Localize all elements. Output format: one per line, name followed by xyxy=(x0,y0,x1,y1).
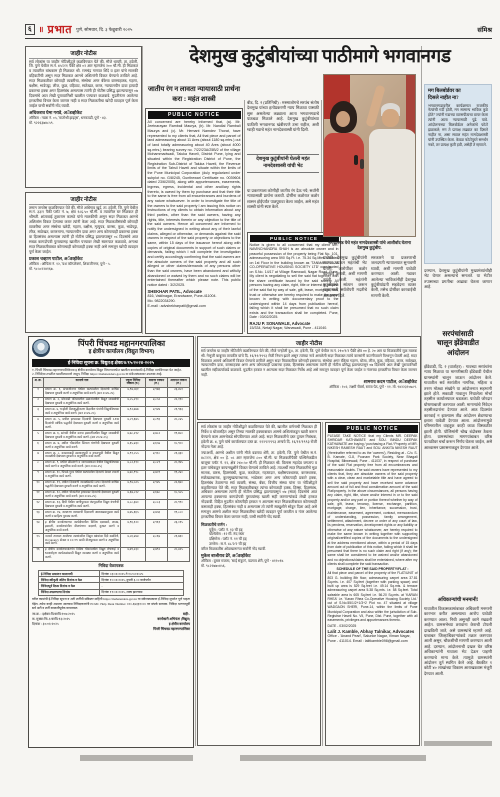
divider-bar xyxy=(240,755,426,761)
work-name-cell: प्रभाग क्र. ७, मधील चौकांतील सिग्नल यंत्… xyxy=(44,441,121,451)
table-row: ५प्रभाग क्र. ६, सांगवी येथील मनपा इमारती… xyxy=(33,431,190,441)
article-paragraph: सरकारने या प्रकरणाची जलदगती न्यायालयात स… xyxy=(371,255,416,335)
table-cell: २३,०१५ xyxy=(168,520,190,534)
table-cell: ४,६७,८१२ xyxy=(121,490,146,500)
schedule-label-cell: निविदा उघडण्याचा दिनांक xyxy=(39,589,100,595)
table-row: २प्रभाग क्र. २, मोरवाडी परिसरातील उद्यान… xyxy=(33,397,190,407)
notice-body: All concerned are hereby informed that, … xyxy=(148,120,241,288)
photo-caption: भगवानगड येथे महंत नामदेवशास्त्री यांचे आ… xyxy=(323,240,416,251)
notice-body: All that piece and parcel of the propert… xyxy=(328,571,418,622)
column-rule xyxy=(244,100,245,332)
table-cell: ४,९६१ xyxy=(146,520,168,534)
opinion-title-line2: दिसले नाहीत ना? xyxy=(428,96,459,101)
public-notice-header: PUBLIC NOTICE xyxy=(148,111,241,119)
table-cell: २२,६७० xyxy=(168,480,190,490)
masthead-logo: प्रभात xyxy=(47,22,72,37)
pcmc-office: इ क्षेत्रीय कार्यालय (विद्युत विभाग) xyxy=(53,349,190,356)
table-column-header: अनामत रक्कम (रु.) xyxy=(168,378,190,388)
table-cell: ४,८२,११० xyxy=(121,460,146,470)
signatory-line: पिंपरी चिंचवड महानगरपालिका xyxy=(153,627,190,632)
work-name-cell: प्रभाग क्र. ६, सांगवी येथील मनपा इमारतीं… xyxy=(44,431,121,441)
table-cell: ४,७०९ xyxy=(146,470,168,480)
column-rule xyxy=(421,46,422,746)
table-cell: ४,७८,२१२ xyxy=(121,431,146,441)
table-cell: १९,२४० xyxy=(168,470,190,480)
table-cell: १२ xyxy=(33,500,44,510)
photo-woman-body xyxy=(324,133,364,237)
work-name-cell: प्रभाग क्र. १०, पिंपळे गुरव येथील रस्त्य… xyxy=(44,470,121,480)
notice-closing: वरील मिळकतीस ओळखणाऱ्या सर्वांनी नोंद घ्य… xyxy=(201,547,317,552)
table-cell: ४,९२७ xyxy=(146,407,168,417)
schedule-table: ई-निविदा प्रकाशन कालावधीदिनांक ०३/०२/२०२… xyxy=(38,570,183,596)
table-cell: ४,८९,६७५ xyxy=(121,417,146,431)
table-column-header: एकूण निविदा रक्कम (रु.) xyxy=(121,378,146,388)
table-column-header: कामाचे नाव xyxy=(44,378,121,388)
table-cell: २०,८४५ xyxy=(168,417,190,431)
table-row: ७प्रभाग क्र. ८, कासारवाडी स्मशानभूमी व द… xyxy=(33,450,190,460)
table-cell: ४,८६४ xyxy=(146,534,168,548)
notice-email: E-mail : advshekharpatil@gmail.com xyxy=(148,304,241,309)
public-notice-3: PUBLIC NOTICE PLEASE TAKE NOTICE that my… xyxy=(325,422,420,746)
tender-footer: वरील कामांची ई-निविदा सूचना व अटी शर्तीं… xyxy=(32,597,190,610)
table-cell: ४,९६,१२० xyxy=(121,520,146,534)
work-name-cell: प्रभाग क्र. २, मोरवाडी परिसरातील उद्याना… xyxy=(44,397,121,407)
table-cell: १५ xyxy=(33,534,44,548)
table-cell: १४ xyxy=(33,520,44,534)
article-paragraph: गावातील विकासकामांबाबत अधिकारी मनमानी का… xyxy=(424,606,492,738)
newspaper-page: ६ ॥ प्रभात पुणे, सोमवार, दि. ३ फेब्रुवार… xyxy=(0,0,500,797)
table-row: ३प्रभाग क्र. ४, चऱ्होली मैलाशुद्धीकरण के… xyxy=(33,407,190,417)
secondary-headline-line3: आंदोलन xyxy=(447,349,469,357)
notice-body: सर्व लोकांस या जाहीर नोटिशीद्वारे कळविण्… xyxy=(29,60,138,109)
table-cell: ४,८८३ xyxy=(146,500,168,510)
table-cell: ६ xyxy=(33,441,44,451)
schedule-title: निविदा वेळापत्रक xyxy=(32,563,190,569)
work-name-cell: प्रभाग क्र. १, संभाजीनगर येथील रस्त्यांव… xyxy=(44,387,121,397)
table-row: ९प्रभाग क्र. १०, पिंपळे गुरव येथील रस्त्… xyxy=(33,470,190,480)
page-number: ६ xyxy=(25,24,35,35)
tender-ref-block: जा.क्र. : इक्षेका/वि/कावि/१०७/२०२५ क. मु… xyxy=(32,612,75,632)
article-paragraph: दरम्यान, देशमुख कुटुंबीयांनी मुख्यमंत्र्… xyxy=(424,268,492,326)
opinion-box-body: भगवानगडावरील कार्यक्रमात राजकीय नेत्यांच… xyxy=(428,104,488,148)
municipal-emblem-icon xyxy=(32,339,50,357)
divider-bar xyxy=(424,741,492,746)
work-name-cell: प्रभाग क्र. १३, दिघी येथील पाणीपुरवठा पं… xyxy=(44,500,121,510)
opinion-box: मग बिलबोर्डवर का दिसले नाहीत ना? भगवानगड… xyxy=(424,84,492,264)
table-row: १६इ क्षेत्रीय कार्यालयाअंतर्गत विविध चौक… xyxy=(33,547,190,561)
tender-signatory-block: सही/- कार्यकारी अभियंता (विद्युत) इ क्षे… xyxy=(153,612,190,632)
table-cell: ४,८२१ xyxy=(146,460,168,470)
table-cell: ३ xyxy=(33,407,44,417)
table-cell: ५ xyxy=(33,431,44,441)
tender-table: अ. क्र.कामाचे नावएकूण निविदा रक्कम (रु.)… xyxy=(32,377,190,562)
column-rule xyxy=(322,422,323,746)
public-notice-header: PUBLIC NOTICE xyxy=(328,425,418,433)
table-cell: १ xyxy=(33,387,44,397)
article-paragraph: झेंडेवाडी, दि. २ (वार्ताहर) : गावच्या सर… xyxy=(424,364,492,594)
table-cell: ४,८५,२१० xyxy=(121,397,146,407)
table-row: १प्रभाग क्र. १, संभाजीनगर येथील रस्त्यां… xyxy=(33,387,190,397)
table-row: ८प्रभाग क्र. ९, मधील क्रीडांगणे व व्याया… xyxy=(33,460,190,470)
work-name-cell: प्रभाग क्र. ४, चऱ्होली मैलाशुद्धीकरण कें… xyxy=(44,407,121,417)
table-cell: २२,११० xyxy=(168,397,190,407)
work-name-cell: इ क्षेत्रीय कार्यालयाअंतर्गत विविध चौकां… xyxy=(44,547,121,561)
table-cell: ४,९७६ xyxy=(146,387,168,397)
table-cell: २०,९९० xyxy=(168,500,190,510)
work-name-cell: प्रभाग क्र. ८, कासारवाडी स्मशानभूमी व दफ… xyxy=(44,450,121,460)
work-name-cell: प्रभाग क्र. ११, मधील दिवाबत्ती व्यवस्थेस… xyxy=(44,480,121,490)
table-row: ६प्रभाग क्र. ७, मधील चौकांतील सिग्नल यंत… xyxy=(33,441,190,451)
table-cell: ४,७५६ xyxy=(146,510,168,520)
article-subhead-inline: अधिकाऱ्यांची मनमानी! xyxy=(424,597,492,603)
table-cell: ४,९१,८५५ xyxy=(121,450,146,460)
table-cell: ७ xyxy=(33,450,44,460)
masthead-separator: ॥ xyxy=(39,24,44,35)
work-name-cell: प्रभाग क्र. १२, मधील चौकांतील हायमास्ट द… xyxy=(44,490,121,500)
masthead-dateline: पुणे, सोमवार, दि. ३ फेब्रुवारी २०२५ xyxy=(76,27,132,33)
table-cell: ४,९४५ xyxy=(146,480,168,490)
table-cell: १६ xyxy=(33,547,44,561)
table-cell: ११ xyxy=(33,490,44,500)
table-cell: २३,४५१ xyxy=(168,387,190,397)
table-cell: ४,९७,५६१ xyxy=(121,387,146,397)
center-notice-tall: सर्व लोकांस या जाहीर नोटिशीद्वारे कळविण्… xyxy=(197,422,321,746)
table-cell: ४,६७८ xyxy=(146,490,168,500)
table-row: १०प्रभाग क्र. ११, मधील दिवाबत्ती व्यवस्थ… xyxy=(33,480,190,490)
table-column-header: अ. क्र. xyxy=(33,378,44,388)
table-row: ११प्रभाग क्र. १२, मधील चौकांतील हायमास्ट… xyxy=(33,490,190,500)
article-subhead: जातीय रंग न लावता न्यायासाठी प्रार्थना क… xyxy=(145,85,243,105)
table-cell: ४,७५,६६५ xyxy=(121,510,146,520)
table-header-row: अ. क्र.कामाचे नावएकूण निविदा रक्कम (रु.)… xyxy=(33,378,190,388)
photo-microphone xyxy=(354,155,358,165)
pcmc-schedule-body: ई-निविदा प्रकाशन कालावधीदिनांक ०३/०२/२०२… xyxy=(39,571,183,596)
table-cell: १९,८८० xyxy=(168,510,190,520)
schedule-row: निविदा उघडण्याचा दिनांकदिनांक ११/०२/२०२५… xyxy=(39,589,183,595)
table-row: १३प्रभाग क्र. १४, जलतरण तलावाची दिवाबत्त… xyxy=(33,510,190,520)
secondary-headline-line1: सरपंचांसाठी xyxy=(442,330,473,338)
table-column-header: बयाणा रक्कम (रु.) xyxy=(146,378,168,388)
public-notice-1: PUBLIC NOTICE All concerned are hereby i… xyxy=(145,108,243,334)
table-cell: २१,९६३ xyxy=(168,407,190,417)
photo-man-face xyxy=(382,109,399,127)
notice-date: DATE - 03/02/2025 xyxy=(328,624,418,628)
work-name-cell: नव्याने ताब्यात आलेल्या रस्त्यांवरील विद… xyxy=(44,534,121,548)
notice-title: जाहीर नोटीस xyxy=(29,49,138,59)
main-headline: देशमुख कुटुंबीयांच्या पाठीमागे भगवानगड xyxy=(145,48,495,67)
table-cell: १९,७५० xyxy=(168,431,190,441)
table-row: १४इ क्षेत्रीय कार्यालयाच्या कार्यक्षेत्र… xyxy=(33,520,190,534)
table-cell: ४,९२,७४७ xyxy=(121,407,146,417)
work-name-cell: इ क्षेत्रीय कार्यालयाच्या कार्यक्षेत्रात… xyxy=(44,520,121,534)
tender-intro-line: २. निविदेचा तपशील खालीलप्रमाणे असून, निव… xyxy=(32,372,190,376)
notice-phone: मो. ९८२२७७०४५६. xyxy=(201,564,317,569)
column-rule xyxy=(142,46,143,334)
ref-line: दिनांक : ३०/०१/२०२५ xyxy=(32,622,75,627)
notice-phone: मो. ९८५०२२४१६७. xyxy=(29,267,138,272)
photo-woman-face xyxy=(336,111,350,127)
table-cell: ४,८५२ xyxy=(146,397,168,407)
pcmc-tender-notice: पिंपरी चिंचवड महानगरपालिका इ क्षेत्रीय क… xyxy=(28,336,194,748)
pcmc-header: पिंपरी चिंचवड महानगरपालिका इ क्षेत्रीय क… xyxy=(32,339,190,357)
table-cell: ४,७९,२३० xyxy=(121,547,146,561)
work-name-cell: प्रभाग क्र. १४, जलतरण तलावाची दिवाबत्ती … xyxy=(44,510,121,520)
table-cell: ४,९१८ xyxy=(146,450,168,460)
tender-table-header: अ. क्र.कामाचे नावएकूण निविदा रक्कम (रु.)… xyxy=(33,378,190,388)
pcmc-name: पिंपरी चिंचवड महानगरपालिका xyxy=(53,340,190,349)
table-cell: १८,९०० xyxy=(168,441,190,451)
table-cell: २०,४२५ xyxy=(168,547,190,561)
notice-body: सर्व जनतेस या जाहीर नोटिशीने कळविण्यात य… xyxy=(201,349,417,378)
table-cell: ४,८६,४४४ xyxy=(121,534,146,548)
divider-bar xyxy=(80,755,193,761)
secondary-headline-line2: चालून झेंडेवाडीत xyxy=(437,339,479,347)
photo-man-body xyxy=(369,129,416,237)
table-cell: ४ xyxy=(33,417,44,431)
table-cell: ९ xyxy=(33,470,44,480)
secondary-headline: सरपंचांसाठी चालून झेंडेवाडीत आंदोलन xyxy=(424,330,492,358)
table-cell: ४,८९६ xyxy=(146,417,168,431)
table-row: १५नव्याने ताब्यात आलेल्या रस्त्यांवरील व… xyxy=(33,534,190,548)
table-cell: ४,७०,९९८ xyxy=(121,470,146,480)
notice-address: Office - 'Anand Pearl', Salunke Nagar, V… xyxy=(328,634,418,643)
work-name-cell: प्रभाग क्र. ९, मधील क्रीडांगणे व व्यायाम… xyxy=(44,460,121,470)
column-rule xyxy=(195,336,196,746)
table-cell: ४,७९२ xyxy=(146,547,168,561)
article-highlight: देशमुख कुटुंबीयांनी घेतली महंत नामदेवशास… xyxy=(247,154,319,173)
notice-body: सर्व लोकांस या जाहीर नोटिशीद्वारे कळविण्… xyxy=(201,425,317,450)
table-cell: ४,९४,५२५ xyxy=(121,480,146,490)
notice-title: जाहीर नोटीस xyxy=(201,339,417,349)
opinion-title-line1: मग बिलबोर्डवर का xyxy=(428,89,461,94)
table-cell: ४,७८२ xyxy=(146,431,168,441)
schedule-value-cell: दिनांक ११/०२/२०२५, शक्य झाल्यास xyxy=(99,589,183,595)
center-notice-wide: जाहीर नोटीस सर्व जनतेस या जाहीर नोटिशीने… xyxy=(197,336,421,420)
table-cell: ४,८८,३४० xyxy=(121,500,146,510)
notice-body: PLEASE TAKE NOTICE that my Clients MR. D… xyxy=(328,434,418,567)
table-cell: ८ xyxy=(33,460,44,470)
table-cell: २०,१७५ xyxy=(168,460,190,470)
news-photo xyxy=(323,74,416,237)
table-cell: २१,७६० xyxy=(168,534,190,548)
table-cell: १३ xyxy=(33,510,44,520)
table-cell: १० xyxy=(33,480,44,490)
article-paragraph: यावेळी देशमुख कुटुंबीयांनी गडावर जाऊन मह… xyxy=(323,255,367,335)
notice-title: जाहीर नोटीस xyxy=(29,195,138,205)
table-cell: २१,३३० xyxy=(168,450,190,460)
notice-phone: मो. ९२२६३७४८५९. xyxy=(29,121,138,126)
masthead: ६ ॥ प्रभात पुणे, सोमवार, दि. ३ फेब्रुवार… xyxy=(25,23,492,39)
table-row: १२प्रभाग क्र. १३, दिघी येथील पाणीपुरवठा … xyxy=(33,500,190,510)
notice-address: ऑफिस : १०२, लक्ष्मी चेंबर्स, रास्ता पेठ,… xyxy=(201,385,417,390)
opinion-box-title: मग बिलबोर्डवर का दिसले नाहीत ना? xyxy=(428,88,488,102)
left-notice-box-1: जाहीर नोटीस सर्व लोकांस या जाहीर नोटिशीद… xyxy=(25,46,142,188)
photo-microphone xyxy=(360,159,364,169)
table-cell: ४,६५४ xyxy=(146,441,168,451)
notice-body: ज्याअर्थी, आमचे अशील यांनी मौजे वडगाव शे… xyxy=(201,451,317,520)
article-paragraph: बीड, दि. २ (प्रतिनिधी) : मस्साजोगचे सरपं… xyxy=(247,100,319,152)
tender-signature-row: जा.क्र. : इक्षेका/वि/कावि/१०७/२०२५ क. मु… xyxy=(32,612,190,632)
notice-body: तमाम जनतेस कळविण्यात येते की, मौजे आंबेग… xyxy=(29,206,138,255)
work-name-cell: प्रभाग क्र. ५, मधील हायमास्ट दिव्यांची द… xyxy=(44,417,121,431)
tender-number-bar: ई-निविदा सूचना क्र. विद्युत/इ क्षेका/४/१… xyxy=(32,359,190,367)
table-row: ४प्रभाग क्र. ५, मधील हायमास्ट दिव्यांची … xyxy=(33,417,190,431)
table-cell: ४,६५,४३० xyxy=(121,441,146,451)
pcmc-table-body: १प्रभाग क्र. १, संभाजीनगर येथील रस्त्यां… xyxy=(33,387,190,561)
table-cell: १८,५५५ xyxy=(168,490,190,500)
left-notice-box-2: जाहीर नोटीस तमाम जनतेस कळविण्यात येते की… xyxy=(25,192,142,333)
section-label: संमिश्र xyxy=(477,25,492,34)
article-paragraph: या प्रकरणाला कोणीही जातीय रंग देऊ नये; स… xyxy=(247,188,319,230)
table-cell: २ xyxy=(33,397,44,407)
